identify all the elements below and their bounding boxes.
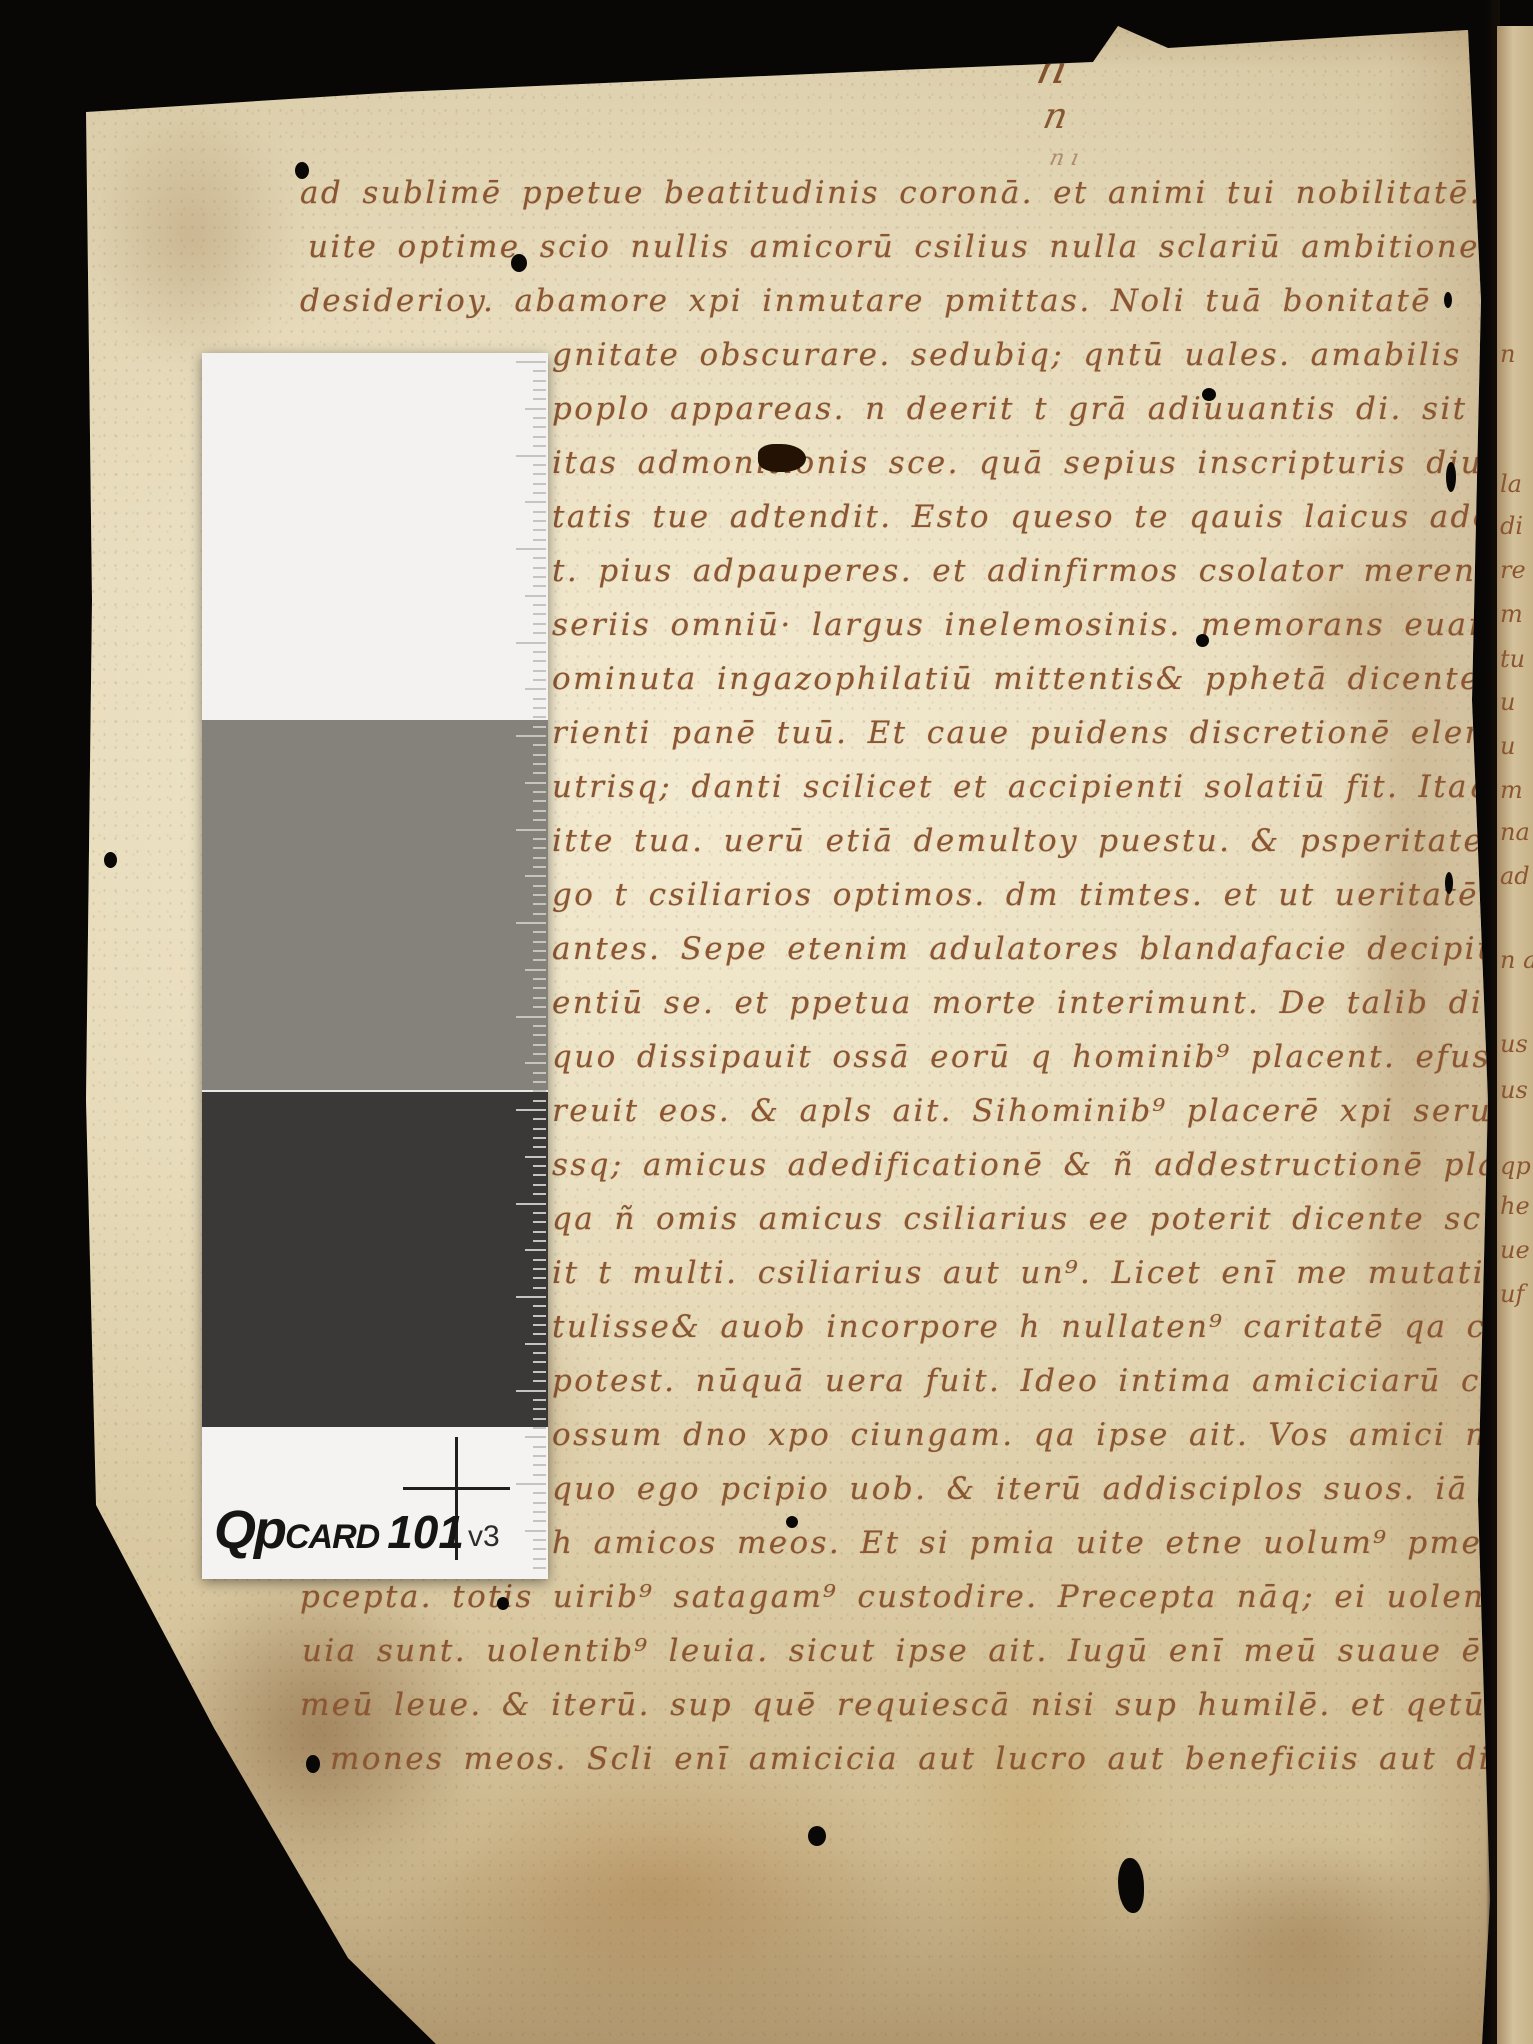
- facing-page-fragment: re: [1500, 556, 1526, 584]
- ruler-tick: [533, 1418, 546, 1420]
- ruler-tick: [525, 408, 546, 410]
- ruler-tick: [533, 1548, 546, 1550]
- ruler-tick: [533, 445, 546, 447]
- ruler-tick: [533, 1371, 546, 1373]
- ruler-tick: [525, 1343, 546, 1345]
- ruler-tick: [533, 1006, 546, 1008]
- ruler-tick: [525, 1062, 546, 1064]
- ruler-tick: [533, 1193, 546, 1195]
- ruler-tick: [533, 950, 546, 952]
- photo-backdrop: ad sublimē ppetue beatitudinis coronā. e…: [0, 0, 1533, 2044]
- ruler-tick: [533, 679, 546, 681]
- ruler-tick: [533, 660, 546, 662]
- ruler-tick: [533, 1090, 546, 1092]
- ruler-tick: [533, 520, 546, 522]
- ruler-tick: [533, 726, 546, 728]
- manuscript-line: mones meos. Scli enī amicicia aut lucro …: [330, 1744, 1533, 1775]
- facing-page-fragment: di: [1500, 512, 1523, 540]
- ruler-tick: [525, 1436, 546, 1438]
- ruler-tick: [533, 1165, 546, 1167]
- ruler-tick: [533, 1558, 546, 1560]
- ruler-tick: [533, 1053, 546, 1055]
- manuscript-line: potest. nūquā uera fuit. Ideo intima ami…: [552, 1366, 1533, 1397]
- ruler-tick: [525, 595, 546, 597]
- ruler-tick: [533, 1492, 546, 1494]
- manuscript-line: go t csiliarios optimos. dm timtes. et u…: [552, 880, 1533, 911]
- ruler-tick: [533, 997, 546, 999]
- edge-nick: [1445, 872, 1453, 894]
- ruler-tick: [533, 903, 546, 905]
- manuscript-line: t. pius adpauperes. et adinfirmos csolat…: [552, 556, 1533, 587]
- card-brand-text: QpCARD101: [214, 1499, 464, 1561]
- ruler-tick: [533, 1221, 546, 1223]
- ruler-tick: [533, 1333, 546, 1335]
- ruler-tick: [533, 473, 546, 475]
- ruler-tick: [533, 1446, 546, 1448]
- manuscript-line: poplo appareas. n deerit t grā adiuuanti…: [552, 394, 1530, 425]
- manuscript-line: tulisse& auob incorpore h nullaten⁹ cari…: [552, 1312, 1533, 1343]
- facing-page-fragment: u: [1500, 732, 1515, 760]
- ruler-tick: [533, 557, 546, 559]
- card-brand-card: CARD: [285, 1518, 379, 1556]
- facing-page-fragment: uf: [1500, 1280, 1524, 1308]
- worm-hole: [104, 852, 117, 868]
- ruler-tick: [516, 1016, 546, 1018]
- facing-page-fragment: ue: [1500, 1236, 1530, 1264]
- ruler-tick: [533, 567, 546, 569]
- ruler-tick: [516, 1203, 546, 1205]
- ruler-tick: [533, 1184, 546, 1186]
- ruler-tick: [533, 1212, 546, 1214]
- worm-hole: [511, 254, 527, 272]
- manuscript-line: ssq; amicus adedificationē & ñ addestruc…: [552, 1150, 1533, 1181]
- ruler-tick: [525, 1530, 546, 1532]
- manuscript-line: gnitate obscurare. sedubiq; qntū uales. …: [552, 340, 1533, 371]
- card-model-number: 101: [387, 1506, 464, 1558]
- ruler-tick: [533, 1128, 546, 1130]
- ruler-tick: [533, 754, 546, 756]
- manuscript-line: seriis omniū· largus inelemosinis. memor…: [552, 610, 1533, 641]
- ruler-tick: [533, 1100, 546, 1102]
- ruler-tick: [533, 436, 546, 438]
- ruler-tick: [533, 670, 546, 672]
- ruler-tick: [533, 1240, 546, 1242]
- manuscript-line: reuit eos. & apls ait. Sihominib⁹ placer…: [552, 1096, 1533, 1127]
- ruler-tick: [533, 941, 546, 943]
- manuscript-line: quo ego pcipio uob. & iterū addisciplos …: [552, 1474, 1533, 1505]
- ruler-tick: [533, 1455, 546, 1457]
- edge-nick: [1446, 462, 1456, 492]
- ruler-tick: [525, 688, 546, 690]
- ruler-tick: [533, 698, 546, 700]
- card-gray-patch: [202, 720, 548, 1090]
- facing-page-fragment: he: [1500, 1192, 1530, 1220]
- ruler-tick: [533, 651, 546, 653]
- card-dark-patch: [202, 1090, 548, 1429]
- manuscript-line: it t multi. csiliarius aut un⁹. Licet en…: [552, 1258, 1533, 1289]
- ruler-tick: [516, 1483, 546, 1485]
- manuscript-line: uite optime scio nullis amicorū csilius …: [308, 232, 1480, 263]
- ruler-tick: [533, 1174, 546, 1176]
- ruler-tick: [533, 1352, 546, 1354]
- ruler-tick: [533, 576, 546, 578]
- ruler-tick: [533, 894, 546, 896]
- ruler-tick: [533, 1399, 546, 1401]
- ruler-tick: [533, 380, 546, 382]
- manuscript-line: pcepta. totis uirib⁹ satagam⁹ custodire.…: [300, 1582, 1533, 1613]
- ruler-tick: [533, 763, 546, 765]
- manuscript-line: utrisq; danti scilicet et accipienti sol…: [552, 772, 1533, 803]
- ruler-tick: [516, 361, 546, 363]
- ruler-tick: [533, 632, 546, 634]
- ruler-tick: [533, 772, 546, 774]
- ruler-tick: [516, 548, 546, 550]
- ruler-tick: [516, 829, 546, 831]
- manuscript-line: ominuta ingazophilatiū mittentis& pphetā…: [552, 664, 1533, 695]
- manuscript-line: ad sublimē ppetue beatitudinis coronā. e…: [300, 178, 1533, 209]
- ruler-tick: [533, 389, 546, 391]
- ruler-tick: [533, 613, 546, 615]
- ruler-tick: [533, 1072, 546, 1074]
- ruler-tick: [533, 716, 546, 718]
- ruler-tick: [533, 1025, 546, 1027]
- ruler-tick: [525, 1249, 546, 1251]
- ruler-tick: [533, 847, 546, 849]
- ruler-tick: [533, 1137, 546, 1139]
- ink-blot: [758, 444, 806, 472]
- facing-page-fragment: n a: [1500, 946, 1533, 974]
- ruler-tick: [533, 1044, 546, 1046]
- ruler-tick: [516, 1390, 546, 1392]
- facing-page-fragment: tu: [1500, 645, 1525, 673]
- ruler-tick: [533, 623, 546, 625]
- ruler-tick: [533, 492, 546, 494]
- ruler-tick: [533, 1361, 546, 1363]
- ruler-tick: [533, 838, 546, 840]
- ruler-tick: [533, 800, 546, 802]
- ruler-tick: [533, 1324, 546, 1326]
- worm-hole: [295, 162, 309, 179]
- ruler-tick: [533, 370, 546, 372]
- edge-tear: [1118, 1858, 1144, 1913]
- ruler-tick: [533, 978, 546, 980]
- color-calibration-card: QpCARD101 v3: [202, 353, 548, 1579]
- ruler-tick: [516, 455, 546, 457]
- ruler-tick: [525, 1156, 546, 1158]
- ruler-tick: [516, 1296, 546, 1298]
- ruler-tick: [533, 959, 546, 961]
- worm-hole: [497, 1597, 509, 1610]
- facing-page-fragment: la: [1500, 470, 1522, 498]
- ruler-tick: [525, 501, 546, 503]
- ruler-tick: [533, 529, 546, 531]
- ruler-tick: [533, 1567, 546, 1569]
- ruler-tick: [533, 987, 546, 989]
- ruler-tick: [533, 1464, 546, 1466]
- ruler-tick: [533, 585, 546, 587]
- ruler-tick: [533, 511, 546, 513]
- ruler-tick: [533, 819, 546, 821]
- ruler-tick: [533, 1520, 546, 1522]
- manuscript-line: antes. Sepe etenim adulatores blandafaci…: [552, 934, 1533, 965]
- ruler-tick: [533, 539, 546, 541]
- manuscript-line: ossum dno xpo ciungam. qa ipse ait. Vos …: [552, 1420, 1533, 1451]
- ruler-tick: [533, 1539, 546, 1541]
- ruler-tick: [533, 866, 546, 868]
- ruler-tick: [516, 922, 546, 924]
- ruler-tick: [533, 857, 546, 859]
- ruler-tick: [516, 1109, 546, 1111]
- ruler-tick: [525, 782, 546, 784]
- facing-page-fragment: qp: [1500, 1152, 1531, 1180]
- ruler-tick: [533, 1287, 546, 1289]
- worm-hole: [808, 1826, 826, 1846]
- worm-hole: [306, 1755, 320, 1773]
- facing-page-fragment: us: [1500, 1076, 1528, 1104]
- ruler-tick: [533, 1474, 546, 1476]
- ruler-tick: [516, 642, 546, 644]
- facing-page-fragment: na: [1500, 818, 1530, 846]
- ruler-tick: [525, 969, 546, 971]
- ruler-tick: [533, 417, 546, 419]
- edge-nick: [1444, 292, 1452, 308]
- ruler-tick: [533, 744, 546, 746]
- ruler-tick: [533, 1146, 546, 1148]
- pen-trial-mark: n ı: [1047, 146, 1081, 171]
- manuscript-line: itte tua. uerū etiā demultoy puestu. & p…: [552, 826, 1533, 857]
- ruler-tick: [533, 1118, 546, 1120]
- ruler-tick: [533, 1081, 546, 1083]
- manuscript-line: meū leue. & iterū. sup quē requiescā nis…: [300, 1690, 1533, 1721]
- worm-hole: [1202, 388, 1216, 401]
- ruler-tick: [533, 810, 546, 812]
- ruler-tick: [533, 1259, 546, 1261]
- manuscript-line: tatis tue adtendit. Esto queso te qauis …: [552, 502, 1533, 533]
- ruler-tick: [533, 1427, 546, 1429]
- ruler-tick: [533, 1268, 546, 1270]
- ruler-tick: [533, 1511, 546, 1513]
- ruler-tick: [533, 1034, 546, 1036]
- facing-page-fragment: us: [1500, 1030, 1528, 1058]
- ruler-tick: [533, 1231, 546, 1233]
- manuscript-line: rienti panē tuū. Et caue puidens discret…: [552, 718, 1533, 749]
- card-ruler: [514, 353, 548, 1579]
- facing-page-fragment: u: [1500, 688, 1515, 716]
- ruler-tick: [533, 483, 546, 485]
- manuscript-line: entiū se. et ppetua morte interimunt. De…: [552, 988, 1503, 1019]
- facing-page-fragment: ad: [1500, 862, 1530, 890]
- manuscript-line: desiderioy. abamore xpi inmutare pmittas…: [300, 286, 1432, 317]
- ruler-tick: [533, 791, 546, 793]
- ruler-tick: [533, 931, 546, 933]
- facing-page-fragment: m: [1500, 600, 1523, 628]
- card-version-label: v3: [468, 1520, 500, 1554]
- ruler-tick: [533, 604, 546, 606]
- ruler-tick: [533, 1380, 546, 1382]
- ruler-tick: [533, 464, 546, 466]
- ruler-tick: [533, 1502, 546, 1504]
- ruler-tick: [516, 735, 546, 737]
- ruler-tick: [533, 426, 546, 428]
- manuscript-line: h amicos meos. Et si pmia uite etne uolu…: [552, 1528, 1533, 1559]
- manuscript-line: quo dissipauit ossā eorū q hominib⁹ plac…: [552, 1042, 1533, 1073]
- card-brand-qp: Qp: [214, 1500, 285, 1560]
- manuscript-line: itas admonitionis sce. quā sepius inscri…: [552, 448, 1533, 479]
- facing-page-fragment: n: [1500, 340, 1515, 368]
- ruler-tick: [533, 707, 546, 709]
- manuscript-line: qa ñ omis amicus csiliarius ee poterit d…: [552, 1204, 1533, 1235]
- ruler-tick: [533, 913, 546, 915]
- ruler-tick: [533, 398, 546, 400]
- worm-hole: [786, 1516, 798, 1528]
- ruler-tick: [533, 1408, 546, 1410]
- ruler-tick: [525, 875, 546, 877]
- ruler-tick: [533, 885, 546, 887]
- ruler-tick: [533, 1277, 546, 1279]
- manuscript-line: uia sunt. uolentib⁹ leuia. sicut ipse ai…: [302, 1636, 1533, 1667]
- worm-hole: [1196, 634, 1209, 647]
- ruler-tick: [533, 1305, 546, 1307]
- ruler-tick: [533, 1315, 546, 1317]
- card-white-patch: [202, 353, 548, 720]
- facing-page-fragment: m: [1500, 776, 1523, 804]
